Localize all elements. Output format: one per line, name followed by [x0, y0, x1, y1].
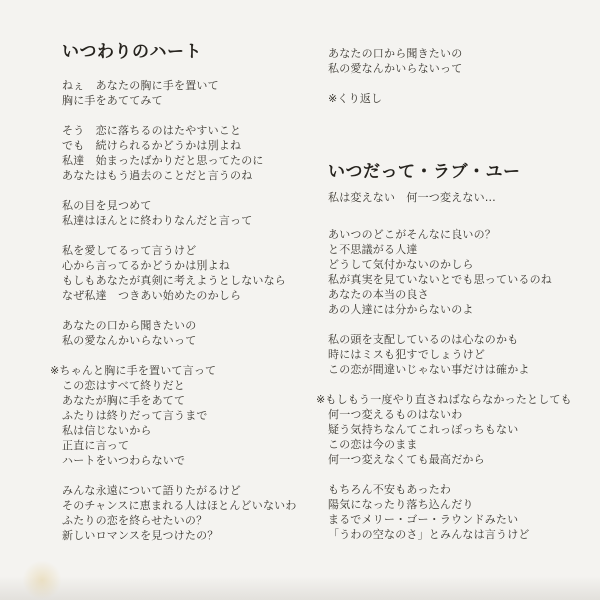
- lyrics-booklet-page: いつわりのハート ねぇ あなたの胸に手を置いて胸に手をあててみて そう 恋に落ち…: [0, 0, 600, 600]
- song-subtitle: 私は変えない 何一つ変えない…: [328, 190, 586, 205]
- lyric-line: 新しいロマンスを見つけたの？: [62, 528, 324, 543]
- lyric-line: 疑う気持ちなんてこれっぽっちもない: [328, 422, 586, 437]
- left-column: いつわりのハート ねぇ あなたの胸に手を置いて胸に手をあててみて そう 恋に落ち…: [62, 42, 324, 558]
- lyric-line: 「うわの空なのさ」とみんなは言うけど: [328, 527, 586, 542]
- lyric-line: 何一つ変えなくても最高だから: [328, 452, 586, 467]
- lyric-line: そのチャンスに恵まれる人はほとんどいないわ: [62, 498, 324, 513]
- lyric-stanza: あいつのどこがそんなに良いの？と不思議がる人達どうして気付かないのかしら私が真実…: [328, 227, 586, 317]
- lyric-line: あなたの本当の良さ: [328, 287, 586, 302]
- lyric-line: ※もしもう一度やり直さねばならなかったとしても: [316, 392, 586, 407]
- lyric-stanza-refrain-marked: ※ちゃんと胸に手を置いて言ってこの恋はすべて終りだとあなたが胸に手をあててふたり…: [62, 363, 324, 468]
- lyric-line: 何一つ変えるものはないわ: [328, 407, 586, 422]
- lyric-stanza: もちろん不安もあったわ陽気になったり落ち込んだりまるでメリー・ゴー・ラウンドみた…: [328, 482, 586, 542]
- lyric-line: みんな永遠について語りたがるけど: [62, 483, 324, 498]
- lyric-line: 私が真実を見ていないとでも思っているのね: [328, 272, 586, 287]
- lyric-line: この恋は今のまま: [328, 437, 586, 452]
- lyric-stanza-refrain-marked: ※もしもう一度やり直さねばならなかったとしても何一つ変えるものはないわ疑う気持ち…: [328, 392, 586, 467]
- lyric-line: まるでメリー・ゴー・ラウンドみたい: [328, 512, 586, 527]
- lyric-line: あの人達には分からないのよ: [328, 302, 586, 317]
- lyric-line: もちろん不安もあったわ: [328, 482, 586, 497]
- lyric-line: 私達 始まったばかりだと思ってたのに: [62, 153, 324, 168]
- lyric-line: あなたはもう過去のことだと言うのね: [62, 168, 324, 183]
- lyric-line: どうして気付かないのかしら: [328, 257, 586, 272]
- lyric-stanza: そう 恋に落ちるのはたやすいことでも 続けられるかどうかは別よね私達 始まったば…: [62, 123, 324, 183]
- lyric-stanza-continuation: あなたの口から聞きたいの私の愛なんかいらないって: [328, 46, 586, 76]
- song-title-itsuwari-no-heart: いつわりのハート: [62, 42, 324, 62]
- right-column: あなたの口から聞きたいの私の愛なんかいらないって ※くり返し いつだって・ラブ・…: [328, 46, 586, 557]
- lyric-line: あいつのどこがそんなに良いの？: [328, 227, 586, 242]
- lyric-line: 私の目を見つめて: [62, 198, 324, 213]
- lyric-line: でも 続けられるかどうかは別よね: [62, 138, 324, 153]
- lyric-stanza: 私の頭を支配しているのは心なのかも時にはミスも犯すでしょうけどこの恋が間違いじゃ…: [328, 332, 586, 377]
- lyric-stanza: みんな永遠について語りたがるけどそのチャンスに恵まれる人はほとんどいないわふたり…: [62, 483, 324, 543]
- lyric-line: 私は信じないから: [62, 423, 324, 438]
- lyric-line: なぜ私達 つきあい始めたのかしら: [62, 288, 324, 303]
- lyric-line: ※ちゃんと胸に手を置いて言って: [50, 363, 324, 378]
- lyric-stanza: あなたの口から聞きたいの私の愛なんかいらないって: [62, 318, 324, 348]
- lyric-line: ふたりは終りだって言うまで: [62, 408, 324, 423]
- lyric-line: 私を愛してるって言うけど: [62, 243, 324, 258]
- lyric-line: ねぇ あなたの胸に手を置いて: [62, 78, 324, 93]
- lyric-line: 陽気になったり落ち込んだり: [328, 497, 586, 512]
- lyric-line: 私の愛なんかいらないって: [328, 61, 586, 76]
- lyric-line: ハートをいつわらないで: [62, 453, 324, 468]
- lyric-line: 私の頭を支配しているのは心なのかも: [328, 332, 586, 347]
- lyric-line: 胸に手をあててみて: [62, 93, 324, 108]
- lyric-stanza: ねぇ あなたの胸に手を置いて胸に手をあててみて: [62, 78, 324, 108]
- lyric-line: 私達はほんとに終わりなんだと言って: [62, 213, 324, 228]
- lyric-line: と不思議がる人達: [328, 242, 586, 257]
- lyric-line: あなたが胸に手をあてて: [62, 393, 324, 408]
- lyric-line: あなたの口から聞きたいの: [62, 318, 324, 333]
- lyric-stanza: 私を愛してるって言うけど心から言ってるかどうかは別よねもしもあなたが真剣に考えよ…: [62, 243, 324, 303]
- lyric-stanza: 私の目を見つめて私達はほんとに終わりなんだと言って: [62, 198, 324, 228]
- lyric-line: この恋が間違いじゃない事だけは確かよ: [328, 362, 586, 377]
- lyric-line: 正直に言って: [62, 438, 324, 453]
- lyric-line: この恋はすべて終りだと: [62, 378, 324, 393]
- lyric-line: 心から言ってるかどうかは別よね: [62, 258, 324, 273]
- lyric-line: あなたの口から聞きたいの: [328, 46, 586, 61]
- lyric-line: 私の愛なんかいらないって: [62, 333, 324, 348]
- lyric-line: もしもあなたが真剣に考えようとしないなら: [62, 273, 324, 288]
- lyric-line: 時にはミスも犯すでしょうけど: [328, 347, 586, 362]
- lyric-line: そう 恋に落ちるのはたやすいこと: [62, 123, 324, 138]
- repeat-instruction: ※くり返し: [328, 91, 586, 106]
- lyric-line: ※くり返し: [328, 91, 586, 106]
- lyric-line: ふたりの恋を終らせたいの？: [62, 513, 324, 528]
- song-title-itsudatte-love-you: いつだって・ラブ・ユー: [328, 162, 586, 182]
